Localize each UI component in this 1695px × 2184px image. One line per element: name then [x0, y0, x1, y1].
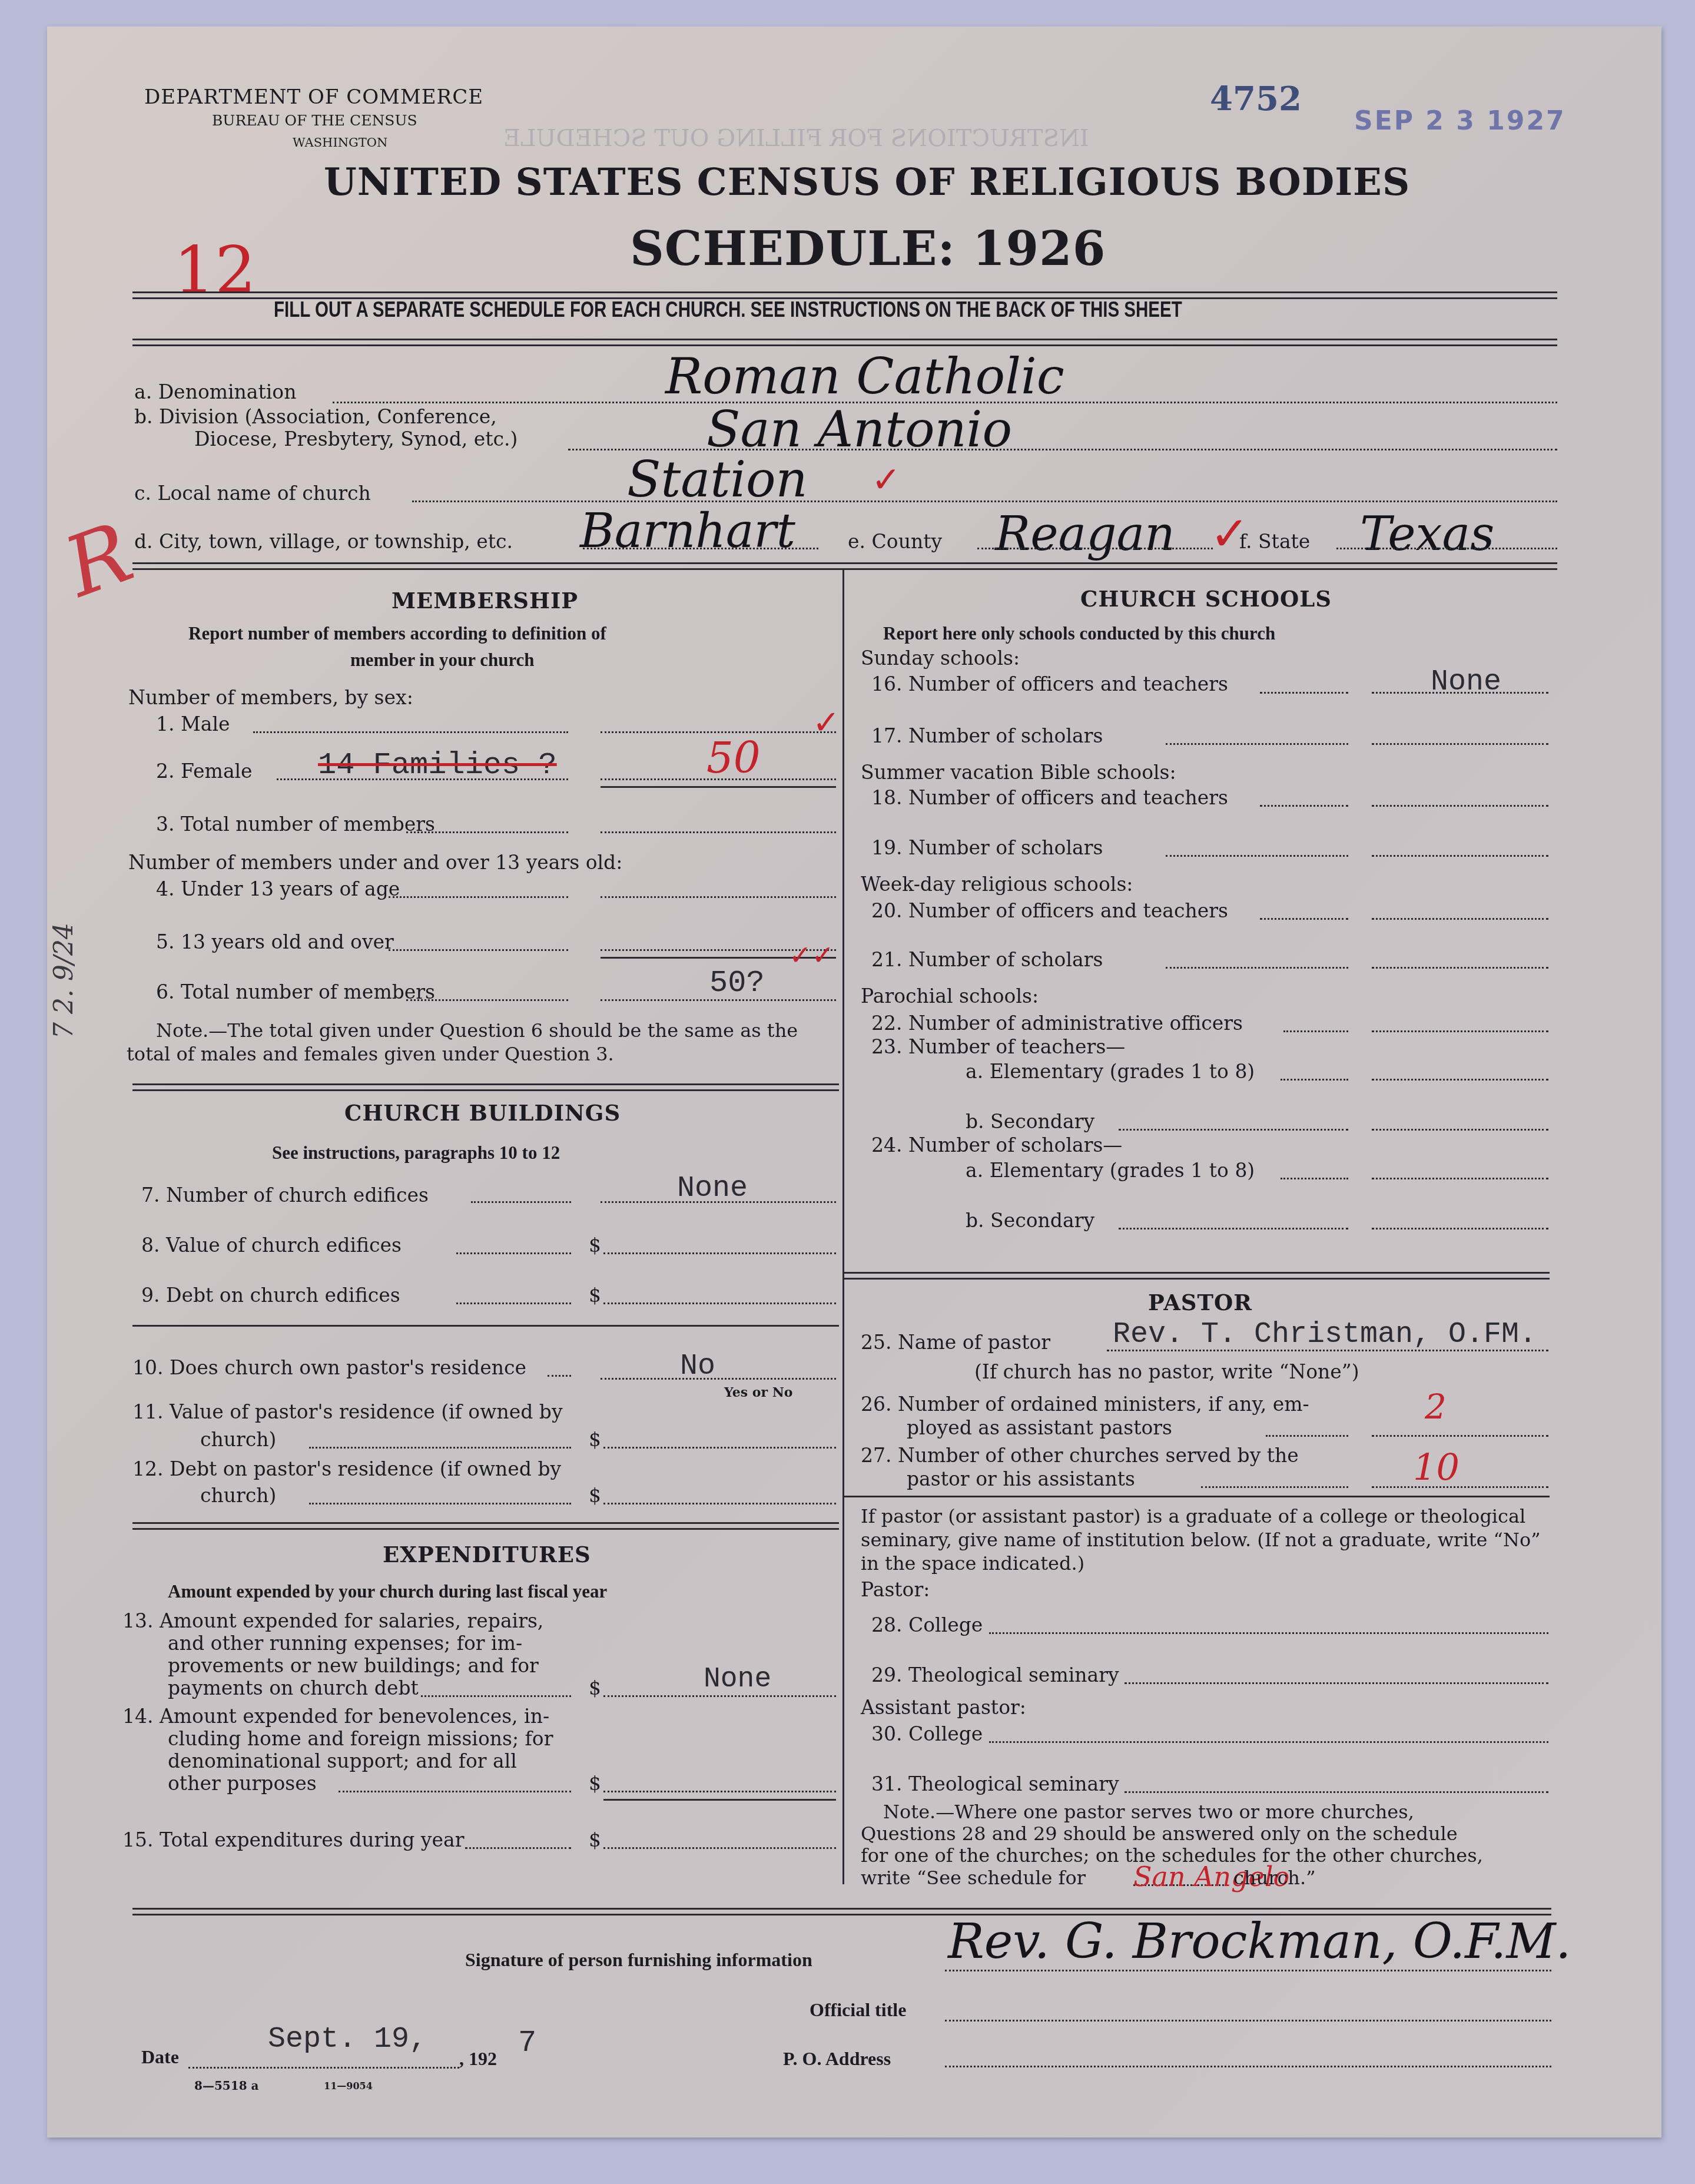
- date-field[interactable]: Sept. 19,: [268, 2023, 427, 2056]
- q21-field[interactable]: [1372, 967, 1548, 969]
- membership-heading: MEMBERSHIP: [392, 588, 578, 614]
- form-number: 8—5518 a: [194, 2079, 259, 2093]
- q14-line-3: denominational support; and for all: [168, 1749, 517, 1772]
- q6-field[interactable]: 50?: [709, 966, 765, 1000]
- q30-label: 30. College: [871, 1722, 983, 1745]
- local-name-field[interactable]: Station: [627, 450, 808, 508]
- division-label-2: Diocese, Presbytery, Synod, etc.): [194, 427, 518, 450]
- q12-label-1: 12. Debt on pastor's residence (if owned…: [132, 1457, 561, 1480]
- q17-label: 17. Number of scholars: [871, 724, 1103, 747]
- q19-line: [1166, 855, 1348, 857]
- q14-currency: $: [589, 1772, 601, 1795]
- official-title-field[interactable]: [945, 2020, 1551, 2021]
- q9-currency: $: [589, 1284, 601, 1307]
- q14-line-2: cluding home and foreign missions; for: [168, 1727, 553, 1750]
- q7-line: [471, 1201, 571, 1203]
- q23b-line: [1119, 1129, 1348, 1131]
- county-line: [977, 548, 1213, 549]
- q2-field[interactable]: 50: [706, 733, 761, 783]
- schools-rule: [843, 1272, 1550, 1274]
- graduate-intro: If pastor (or assistant pastor) is a gra…: [861, 1504, 1547, 1575]
- q9-field[interactable]: [603, 1303, 836, 1304]
- q8-currency: $: [589, 1234, 601, 1257]
- q7-field[interactable]: None: [677, 1172, 748, 1205]
- signature-line: [945, 1970, 1551, 1971]
- q2-sum-rule: [601, 786, 836, 788]
- q4-line: [389, 896, 568, 898]
- q25-line: [1107, 1350, 1548, 1351]
- schools-heading: CHURCH SCHOOLS: [1080, 586, 1332, 612]
- q7-answer-line: [601, 1201, 836, 1203]
- buildings-subheading: See instructions, paragraphs 10 to 12: [272, 1142, 560, 1164]
- assistant-sub-label: Assistant pastor:: [861, 1696, 1026, 1719]
- q27-field[interactable]: 10: [1413, 1446, 1460, 1489]
- q14-line: [339, 1791, 571, 1792]
- expenditures-heading: EXPENDITURES: [383, 1542, 591, 1567]
- q27-answer-line: [1372, 1486, 1548, 1488]
- q14-line-1: 14. Amount expended for benevolences, in…: [122, 1705, 549, 1728]
- q13-answer-line: [603, 1695, 836, 1697]
- q31-field[interactable]: [1125, 1791, 1548, 1793]
- q13-line-2: and other running expenses; for im-: [168, 1632, 522, 1655]
- q12-line: [309, 1503, 571, 1504]
- city-field[interactable]: Barnhart: [580, 503, 795, 558]
- age-label: Number of members under and over 13 year…: [128, 851, 622, 874]
- q26-label-1: 26. Number of ordained ministers, if any…: [861, 1393, 1309, 1416]
- q11-line: [309, 1447, 571, 1449]
- by-sex-label: Number of members, by sex:: [128, 686, 413, 709]
- footer-rule: [132, 1908, 1551, 1910]
- city-label: d. City, town, village, or township, etc…: [134, 530, 513, 553]
- summer-schools-label: Summer vacation Bible schools:: [861, 761, 1176, 784]
- q15-currency: $: [589, 1828, 601, 1851]
- local-name-label: c. Local name of church: [134, 482, 371, 505]
- q14-sum-rule: [603, 1799, 836, 1801]
- membership-rule: [132, 1083, 839, 1085]
- q23b-label: b. Secondary: [966, 1110, 1094, 1133]
- q16-answer-line: [1372, 692, 1548, 694]
- q18-line: [1260, 805, 1348, 807]
- pastor-sub-label: Pastor:: [861, 1578, 930, 1601]
- q16-field[interactable]: None: [1431, 665, 1501, 699]
- q11-label-1: 11. Value of pastor's residence (if owne…: [132, 1400, 563, 1423]
- q14-field[interactable]: [603, 1791, 836, 1792]
- q28-label: 28. College: [871, 1613, 983, 1636]
- q21-label: 21. Number of scholars: [871, 948, 1103, 971]
- state-label: f. State: [1239, 530, 1310, 553]
- q15-field[interactable]: [603, 1847, 836, 1849]
- header-rule: [132, 291, 1557, 293]
- bureau-name: BUREAU OF THE CENSUS: [212, 112, 417, 129]
- year-field[interactable]: 7: [518, 2026, 536, 2060]
- q26-answer-line: [1372, 1435, 1548, 1437]
- identity-rule: [132, 562, 1557, 564]
- schools-subheading: Report here only schools conducted by th…: [883, 623, 1275, 644]
- q20-field[interactable]: [1372, 918, 1548, 920]
- membership-note: Note.—The total given under Question 6 s…: [127, 1019, 833, 1066]
- q18-field[interactable]: [1372, 805, 1548, 807]
- q3-label: 3. Total number of members: [156, 813, 435, 836]
- q27-label-1: 27. Number of other churches served by t…: [861, 1444, 1299, 1467]
- q24b-line: [1119, 1228, 1348, 1229]
- double-check-mark-icon: ✓✓: [789, 939, 834, 971]
- stamp-number: 4752: [1210, 79, 1302, 118]
- q6-answer-line: [601, 999, 836, 1001]
- fill-out-instruction: FILL OUT A SEPARATE SCHEDULE FOR EACH CH…: [274, 297, 1182, 322]
- q23a-line: [1281, 1079, 1348, 1081]
- q10-line: [548, 1375, 571, 1377]
- q22-label: 22. Number of administrative officers: [871, 1012, 1243, 1035]
- q20-label: 20. Number of officers and teachers: [871, 899, 1228, 922]
- parochial-schools-label: Parochial schools:: [861, 985, 1039, 1008]
- county-field[interactable]: Reagan: [995, 506, 1175, 561]
- q11-field[interactable]: [603, 1447, 836, 1449]
- q26-label-2: ployed as assistant pastors: [907, 1416, 1172, 1439]
- q2-label: 2. Female: [156, 760, 253, 783]
- city-name: WASHINGTON: [293, 135, 387, 150]
- q25-label: 25. Name of pastor: [861, 1331, 1050, 1354]
- pencil-margin-note: 7 2. 9/24: [49, 923, 79, 1039]
- department-name: DEPARTMENT OF COMMERCE: [144, 85, 483, 109]
- q13-field[interactable]: None: [704, 1663, 771, 1695]
- po-address-field[interactable]: [945, 2066, 1551, 2067]
- check-mark-icon: ✓: [812, 704, 840, 742]
- q14-line-4: other purposes: [168, 1772, 317, 1795]
- q17-line: [1166, 743, 1348, 745]
- q3-line: [406, 831, 568, 833]
- date-line: [188, 2067, 459, 2069]
- q21-line: [1166, 967, 1348, 969]
- q23-label: 23. Number of teachers—: [871, 1035, 1125, 1058]
- q26-line: [1266, 1435, 1348, 1437]
- print-number: 11—9054: [324, 2080, 373, 2092]
- county-label: e. County: [848, 530, 942, 553]
- city-line: [583, 548, 818, 549]
- q5-line: [389, 949, 568, 951]
- q24a-line: [1281, 1178, 1348, 1179]
- q4-label: 4. Under 13 years of age: [156, 877, 400, 900]
- q25-field[interactable]: Rev. T. Christman, O.FM.: [1113, 1318, 1537, 1351]
- q13-line-3: provements or new buildings; and for: [168, 1654, 539, 1677]
- q11-label-2: church): [200, 1428, 276, 1451]
- q15-label: 15. Total expenditures during year: [122, 1828, 464, 1851]
- weekday-schools-label: Week-day religious schools:: [861, 873, 1133, 896]
- q13-currency: $: [589, 1676, 601, 1699]
- q9-label: 9. Debt on church edifices: [141, 1284, 400, 1307]
- q31-label: 31. Theological seminary: [871, 1772, 1119, 1795]
- column-divider: [842, 568, 844, 1884]
- pastor-note-suffix: church.”: [1233, 1867, 1316, 1889]
- sunday-schools-label: Sunday schools:: [861, 647, 1020, 670]
- q23a-label: a. Elementary (grades 1 to 8): [966, 1060, 1255, 1083]
- official-title-label: Official title: [810, 1999, 906, 2021]
- q12-field[interactable]: [603, 1503, 836, 1504]
- q1-label: 1. Male: [156, 712, 230, 735]
- q18-label: 18. Number of officers and teachers: [871, 786, 1228, 809]
- q10-answer-line: [601, 1378, 836, 1380]
- q24a-field[interactable]: [1372, 1178, 1548, 1179]
- q7-label: 7. Number of church edifices: [141, 1184, 429, 1207]
- buildings-bottom-rule: [132, 1522, 839, 1524]
- q27-line: [1201, 1486, 1348, 1488]
- pastor-rule: [843, 1496, 1550, 1497]
- pastor-note-1: Note.—Where one pastor serves two or mor…: [883, 1801, 1414, 1823]
- buildings-rule: [132, 1325, 839, 1327]
- pastor-note-prefix: write “See schedule for: [861, 1867, 1086, 1889]
- q24b-label: b. Secondary: [966, 1209, 1094, 1232]
- q25-hint: (If church has no pastor, write “None”): [974, 1360, 1359, 1383]
- q10-hint: Yes or No: [724, 1385, 793, 1400]
- q23b-field[interactable]: [1372, 1129, 1548, 1131]
- q23a-field[interactable]: [1372, 1079, 1548, 1081]
- denomination-field[interactable]: Roman Catholic: [665, 347, 1064, 405]
- q6-label: 6. Total number of members: [156, 980, 435, 1003]
- schedule-title: SCHEDULE: 1926: [630, 221, 1106, 276]
- q13-line-1: 13. Amount expended for salaries, repair…: [122, 1609, 543, 1632]
- q16-line: [1260, 692, 1348, 694]
- q4-field[interactable]: [601, 896, 836, 898]
- membership-subheading-2: member in your church: [350, 649, 535, 671]
- buildings-heading: CHURCH BUILDINGS: [344, 1100, 621, 1126]
- signature-label: Signature of person furnishing informati…: [465, 1949, 812, 1971]
- state-line: [1336, 548, 1557, 549]
- q19-field[interactable]: [1372, 855, 1548, 857]
- q10-label: 10. Does church own pastor's residence: [132, 1356, 526, 1379]
- q1-line: [253, 731, 568, 733]
- expenditures-subheading: Amount expended by your church during la…: [168, 1581, 607, 1602]
- document-title: UNITED STATES CENSUS OF RELIGIOUS BODIES: [324, 160, 1410, 204]
- q24b-field[interactable]: [1372, 1228, 1548, 1229]
- q12-label-2: church): [200, 1484, 276, 1507]
- membership-subheading-1: Report number of members according to de…: [188, 623, 606, 644]
- division-label-1: b. Division (Association, Conference,: [134, 405, 497, 428]
- q8-field[interactable]: [603, 1252, 836, 1254]
- signature-field[interactable]: Rev. G. Brockman, O.F.M.: [948, 1914, 1571, 1970]
- census-schedule-sheet: [47, 26, 1661, 2137]
- check-mark-icon: ✓: [871, 459, 901, 501]
- q2-struck-value: 14 Families ?: [318, 748, 557, 783]
- pastor-note-2: Questions 28 and 29 should be answered o…: [861, 1822, 1458, 1845]
- q11-currency: $: [589, 1428, 601, 1451]
- q13-line: [421, 1695, 571, 1697]
- q3-field[interactable]: [601, 831, 836, 833]
- q24a-label: a. Elementary (grades 1 to 8): [966, 1159, 1255, 1182]
- date-label: Date: [141, 2046, 179, 2068]
- division-field[interactable]: San Antonio: [706, 400, 1012, 458]
- red-number-annotation: 12: [174, 233, 256, 308]
- q22-line: [1283, 1030, 1348, 1032]
- instruction-rule: [132, 339, 1557, 340]
- q8-label: 8. Value of church edifices: [141, 1234, 402, 1257]
- q29-field[interactable]: [1125, 1682, 1548, 1684]
- year-prefix: , 192: [459, 2048, 497, 2070]
- q9-line: [456, 1303, 571, 1304]
- q22-field[interactable]: [1372, 1030, 1548, 1032]
- po-address-label: P. O. Address: [783, 2048, 891, 2070]
- q13-line-4: payments on church debt: [168, 1676, 419, 1699]
- q8-line: [456, 1252, 571, 1254]
- q5-label: 5. 13 years old and over: [156, 930, 394, 953]
- q15-line: [465, 1847, 571, 1849]
- q24-label: 24. Number of scholars—: [871, 1134, 1122, 1156]
- state-field[interactable]: Texas: [1360, 506, 1494, 561]
- q28-field[interactable]: [989, 1632, 1548, 1634]
- q6-line: [406, 999, 568, 1001]
- q12-currency: $: [589, 1484, 601, 1507]
- q17-field[interactable]: [1372, 743, 1548, 745]
- q20-line: [1260, 918, 1348, 920]
- q26-field[interactable]: 2: [1425, 1387, 1447, 1427]
- bleed-through-heading: INSTRUCTIONS FOR FILLING OUT SCHEDULE: [503, 125, 1089, 152]
- q16-label: 16. Number of officers and teachers: [871, 672, 1228, 695]
- stamp-date: SEP 2 3 1927: [1354, 106, 1566, 136]
- denomination-label: a. Denomination: [134, 380, 296, 403]
- q30-field[interactable]: [989, 1741, 1548, 1743]
- q19-label: 19. Number of scholars: [871, 836, 1103, 859]
- q27-label-2: pastor or his assistants: [907, 1467, 1135, 1490]
- q2-answer-line: [601, 778, 836, 780]
- pastor-heading: PASTOR: [1148, 1290, 1252, 1315]
- q29-label: 29. Theological seminary: [871, 1663, 1119, 1686]
- local-name-line: [412, 501, 1557, 502]
